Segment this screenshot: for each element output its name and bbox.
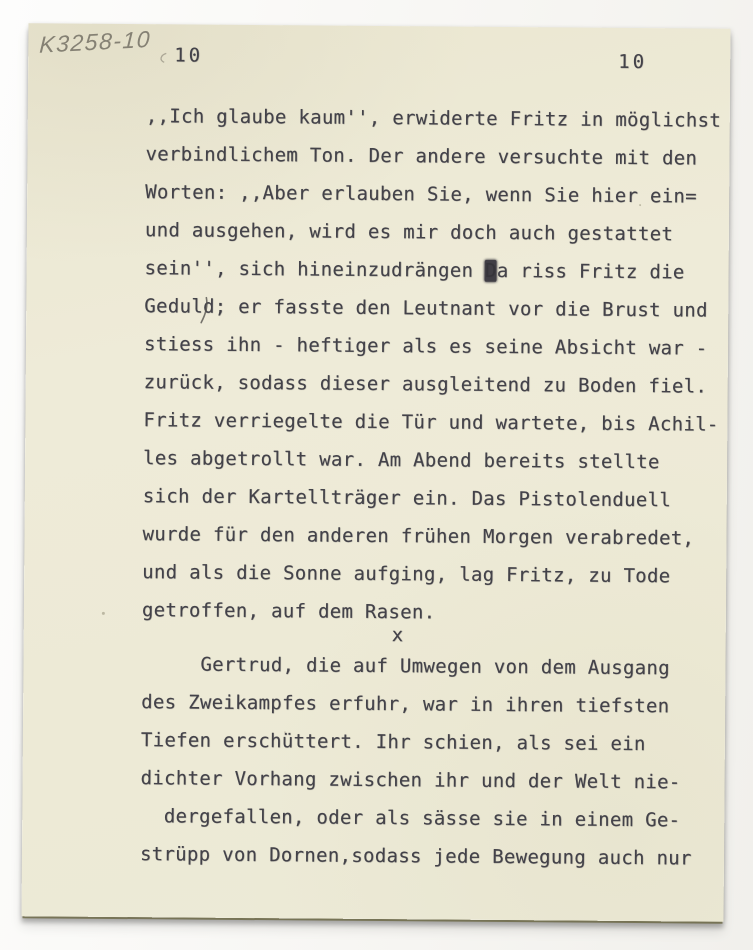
typed-line: und als die Sonne aufging, lag Fritz, zu… [142, 561, 670, 587]
typed-line: und ausgehen, wird es mir doch auch gest… [145, 219, 673, 245]
paper-speck [323, 499, 325, 501]
typed-text: a riss Fritz die [497, 260, 685, 283]
pencil-correction-stroke [197, 297, 211, 325]
typed-line: Gertrud, die auf Umwegen von dem Ausgang [200, 654, 670, 680]
typed-line: zurück, sodass dieser ausgleitend zu Bod… [144, 371, 708, 397]
typed-line: dichter Vorhang zwischen ihr und der Wel… [141, 767, 681, 793]
typed-line: des Zweikampfes erfuhr, war in ihren tie… [141, 691, 669, 717]
pencil-squiggle-mark [156, 51, 170, 65]
typed-line: strüpp von Dornen,sodass jede Bewegung a… [140, 843, 692, 869]
typed-line: Tiefen erschüttert. Ihr schien, als sei … [141, 729, 646, 755]
paper-speck [102, 612, 105, 615]
page-number-left: 10 [174, 44, 203, 66]
typed-line: Fritz verriegelte die Tür und wartete, b… [143, 409, 718, 436]
typed-line: stiess ihn - heftiger als es seine Absic… [144, 333, 708, 359]
typed-line: dergefallen, oder als sässe sie in einem… [164, 805, 681, 831]
typed-line: Worten: ,,Aber erlauben Sie, wenn Sie hi… [145, 181, 697, 207]
scanned-page-background: K3258-10 10 10 ,,Ich glaube kaum'', erwi… [0, 0, 753, 950]
typed-line: sich der Kartellträger ein. Das Pistolen… [143, 485, 671, 511]
section-break-mark: x [392, 624, 404, 646]
typed-line: ,,Ich glaube kaum'', erwiderte Fritz in … [146, 105, 721, 132]
typed-line: getroffen, auf dem Rasen. [142, 599, 436, 623]
typed-line: sein'', sich hineinzudrängen Da riss Fri… [145, 257, 685, 283]
typed-line: Geduld; er fasste den Leutnant vor die B… [144, 295, 708, 321]
paper-speck [284, 731, 286, 733]
paper-speck [639, 204, 641, 206]
overstruck-character: D [485, 260, 497, 282]
typed-line: verbindlichem Ton. Der andere versuchte … [145, 143, 697, 169]
typed-line: wurde für den anderen frühen Morgen vera… [142, 523, 694, 549]
typed-line: les abgetrollt war. Am Abend bereits ste… [143, 447, 660, 473]
manuscript-paper: K3258-10 10 10 ,,Ich glaube kaum'', erwi… [22, 23, 731, 921]
archival-code-annotation: K3258-10 [39, 26, 152, 59]
page-number-right: 10 [618, 51, 647, 73]
typed-text: sein'', sich hineinzudrängen [145, 257, 486, 282]
